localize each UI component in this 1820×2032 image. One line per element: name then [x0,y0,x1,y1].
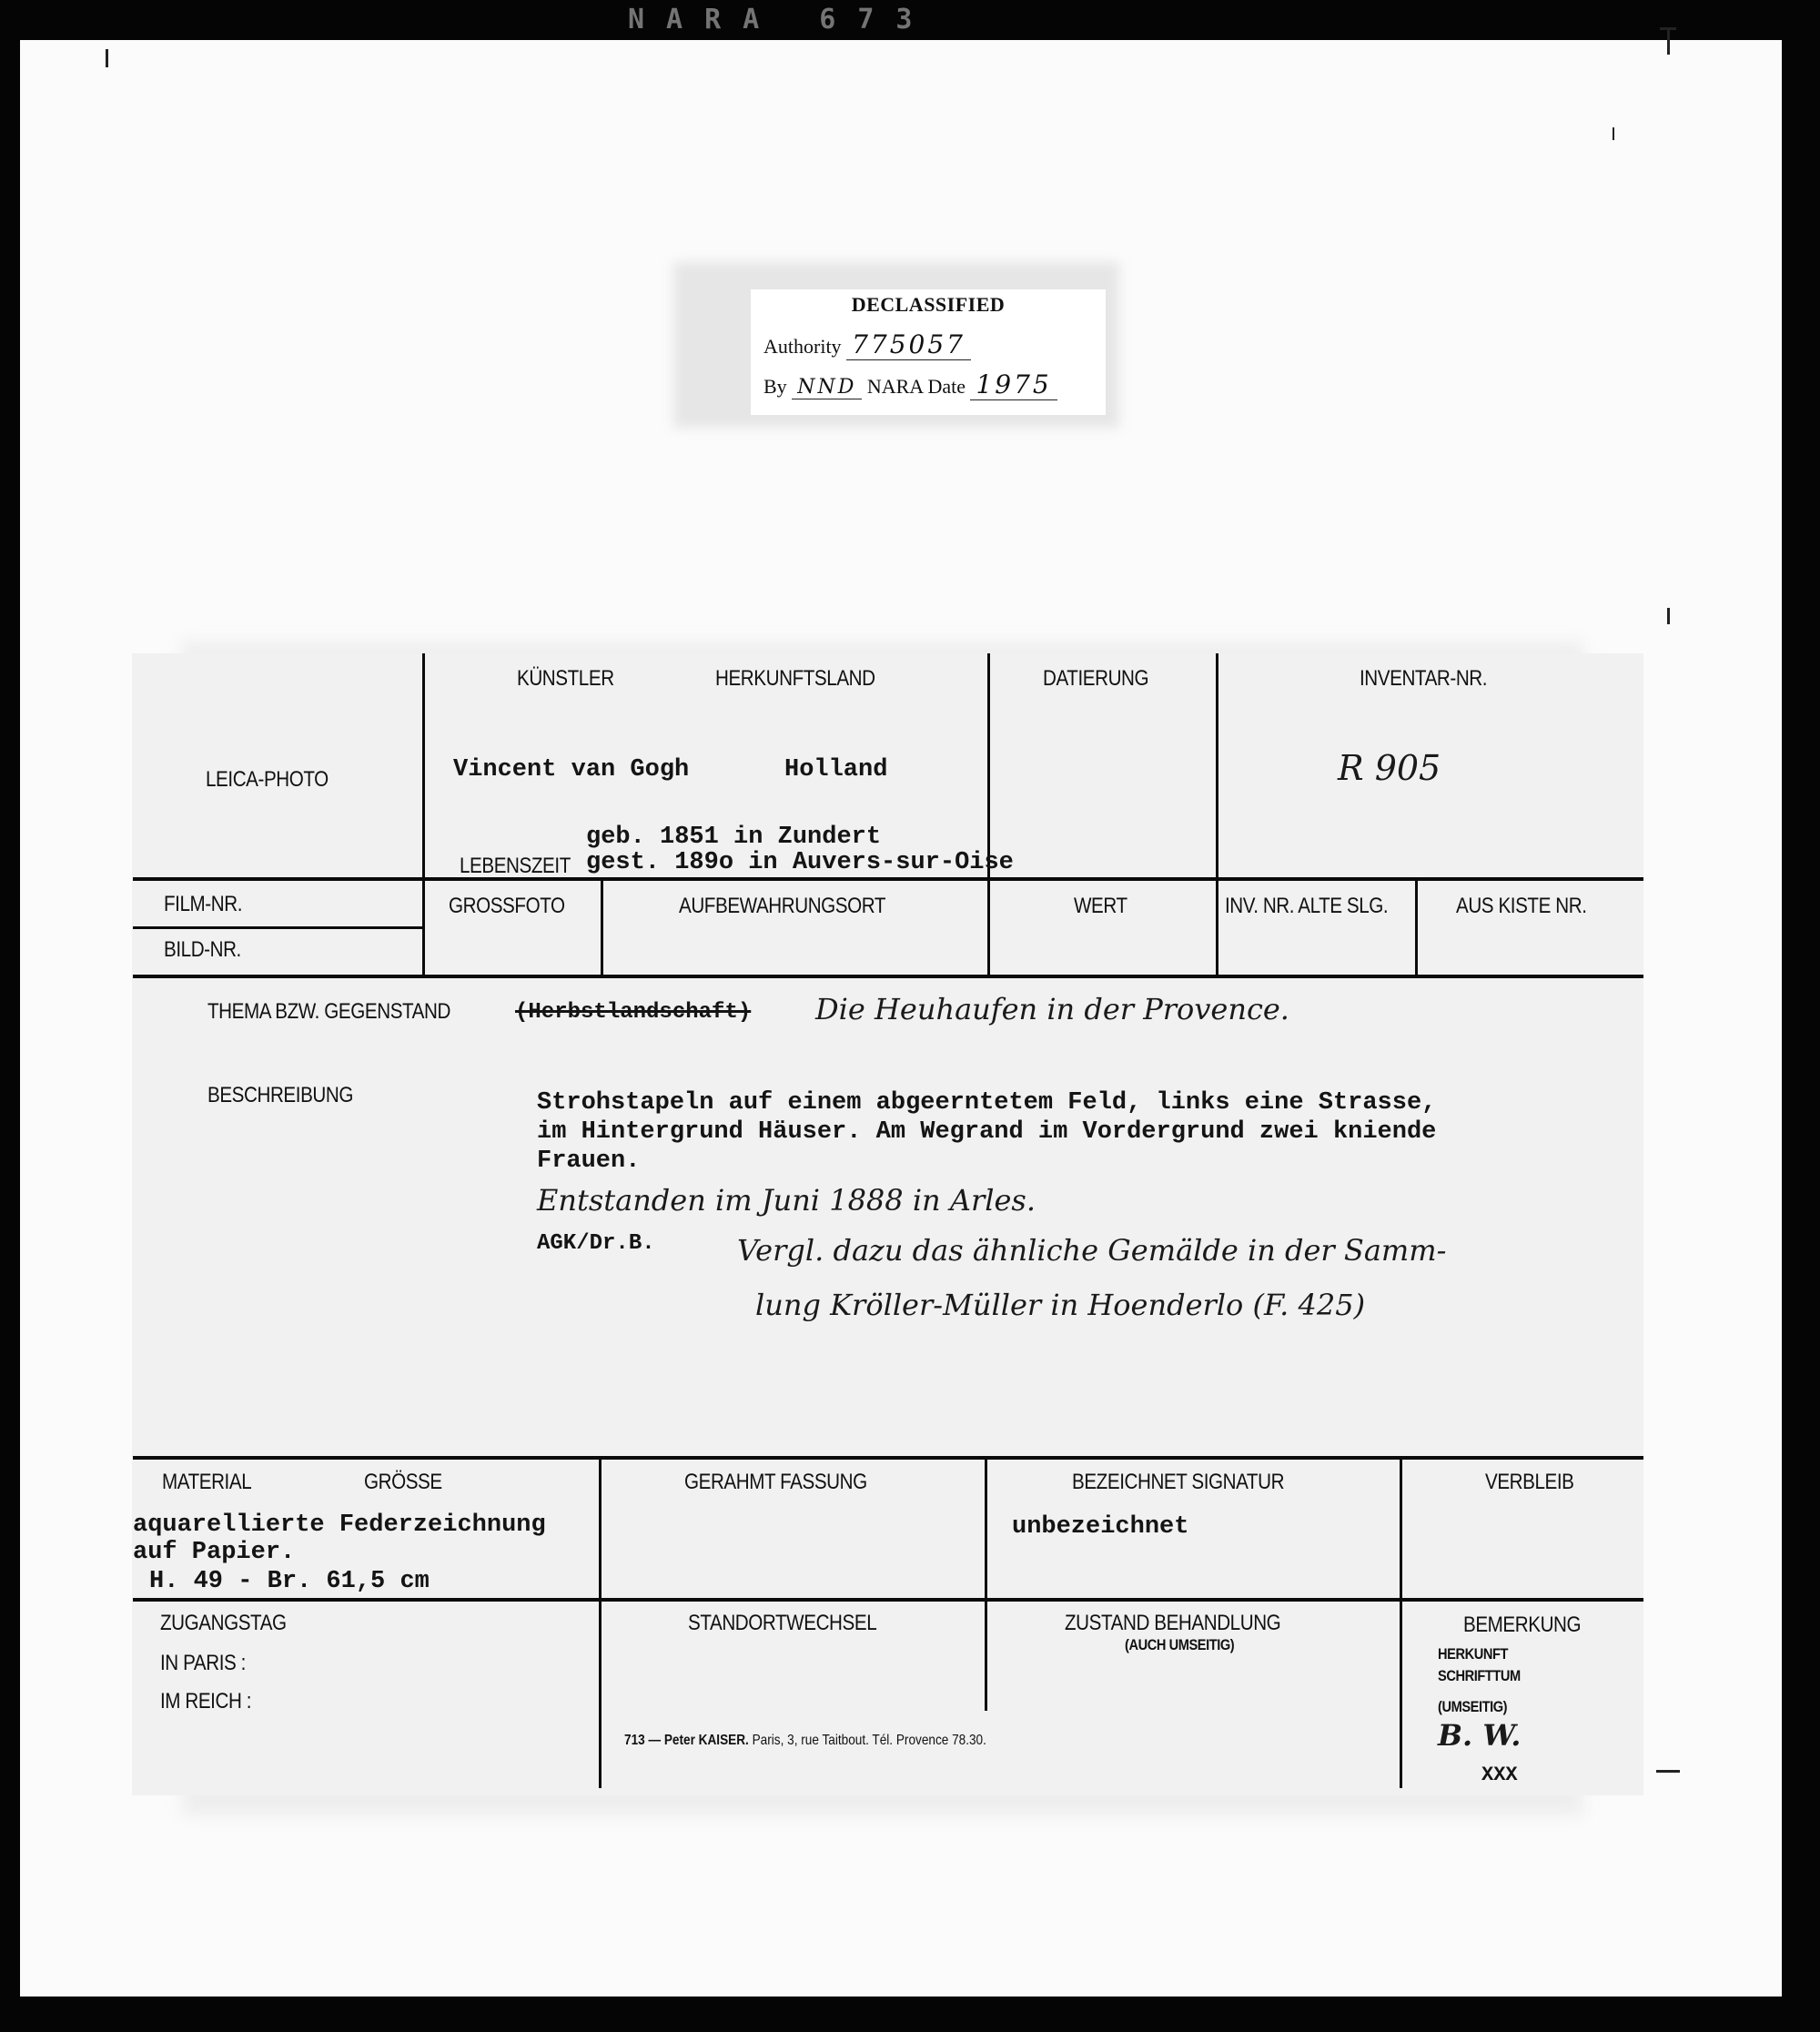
agk-reference: AGK/Dr.B. [537,1228,655,1259]
registration-mark [1613,127,1614,140]
kuenstler-label: KÜNSTLER [517,666,614,692]
nara-date-label: NARA Date [867,375,966,398]
registration-mark [106,49,108,67]
im-reich-label: IM REICH : [160,1689,251,1714]
divider [133,926,422,929]
bezeichnet-label: BEZEICHNET SIGNATUR [1072,1470,1284,1495]
entstanden-note: Entstanden im Juni 1888 in Arles. [537,1183,1036,1218]
vergl-note-line-2: lung Kröller-Müller in Hoenderlo (F. 425… [755,1288,1365,1322]
zustand-sub-label: (AUCH UMSEITIG) [1125,1636,1234,1654]
film-reel-id: NARA 673 [628,4,935,35]
divider [1216,653,1218,976]
bemerkung-value: B. W. [1438,1718,1521,1753]
registration-mark [1667,27,1670,55]
in-paris-label: IN PARIS : [160,1651,246,1676]
authority-label: Authority [763,335,842,358]
printer-name: Peter KAISER. [664,1733,749,1748]
beschreibung-line-1: Strohstapeln auf einem abgeerntetem Feld… [537,1088,1436,1118]
printer-address: Paris, 3, rue Taitbout. Tél. Provence 78… [753,1733,986,1748]
thema-label: THEMA BZW. GEGENSTAND [207,999,450,1025]
stamp-authority-row: Authority 775057 [763,329,971,359]
registration-mark [1656,1770,1680,1773]
kuenstler-value: Vincent van Gogh [453,755,689,785]
authority-value: 775057 [846,329,971,360]
divider [133,1598,1643,1602]
verbleib-label: VERBLEIB [1485,1470,1574,1495]
died-value: gest. 189o in Auvers-sur-Oise [586,848,1014,878]
aus-kiste-nr-label: AUS KISTE NR. [1456,894,1587,919]
stamp-by-row: By NND NARA Date 1975 [763,369,1057,399]
beschreibung-label: BESCHREIBUNG [207,1083,353,1108]
gerahmt-label: GERAHMT FASSUNG [684,1470,867,1495]
declassified-stamp: DECLASSIFIED Authority 775057 By NND NAR… [751,289,1106,415]
standortwechsel-label: STANDORTWECHSEL [688,1611,876,1636]
grossfoto-label: GROSSFOTO [449,894,565,919]
inventar-nr-value: R 905 [1338,748,1441,788]
zugangstag-label: ZUGANGSTAG [160,1611,287,1636]
material-line-1: aquarellierte Federzeichnung [133,1511,546,1541]
bezeichnet-value: unbezeichnet [1012,1512,1188,1542]
divider [1400,1456,1402,1788]
by-value: NND [792,376,862,399]
bemerkung-mark: XXX [1481,1760,1518,1790]
inv-nr-alte-slg-label: INV. NR. ALTE SLG. [1225,894,1388,919]
bild-nr-label: BILD-NR. [164,937,241,963]
thema-handwritten-value: Die Heuhaufen in der Provence. [815,992,1289,1026]
herkunft-label: HERKUNFT [1438,1645,1508,1663]
by-label: By [763,375,787,398]
herkunftsland-label: HERKUNFTSLAND [715,666,875,692]
nara-date-value: 1975 [970,369,1057,400]
vergl-note-line-1: Vergl. dazu das ähnliche Gemälde in der … [737,1233,1446,1268]
size-value: H. 49 - Br. 61,5 cm [149,1567,430,1597]
bemerkung-label: BEMERKUNG [1463,1612,1581,1638]
thema-struck-value: (Herbstlandschaft) [515,997,751,1027]
inventar-nr-label: INVENTAR-NR. [1360,666,1487,692]
umseitig-label: (UMSEITIG) [1438,1698,1507,1716]
leica-photo-label: LEICA-PHOTO [206,767,329,793]
divider [133,1456,1643,1460]
zustand-label: ZUSTAND BEHANDLUNG [1065,1611,1280,1636]
lebenszeit-label: LEBENSZEIT [460,854,571,879]
registration-mark [1667,608,1670,624]
film-nr-label: FILM-NR. [164,892,242,917]
datierung-label: DATIERUNG [1043,666,1148,692]
groesse-label: GRÖSSE [364,1470,442,1495]
divider [599,1456,602,1788]
registration-mark [1660,27,1676,30]
record-card [132,653,1643,1795]
divider [422,653,425,976]
stamp-title: DECLASSIFIED [751,293,1106,317]
printer-number: 713 — [624,1733,661,1748]
divider [987,653,990,976]
schrifttum-label: SCHRIFTTUM [1438,1667,1521,1685]
beschreibung-line-2: im Hintergrund Häuser. Am Wegrand im Vor… [537,1117,1436,1147]
divider [601,879,603,976]
herkunftsland-value: Holland [784,755,887,785]
wert-label: WERT [1074,894,1127,919]
divider [1415,879,1418,976]
material-line-2: auf Papier. [133,1538,295,1568]
printer-imprint: 713 — Peter KAISER. Paris, 3, rue Taitbo… [624,1733,986,1749]
beschreibung-line-3: Frauen. [537,1147,640,1177]
material-label: MATERIAL [162,1470,251,1495]
divider [985,1456,987,1711]
aufbewahrungsort-label: AUFBEWAHRUNGSORT [679,894,885,919]
